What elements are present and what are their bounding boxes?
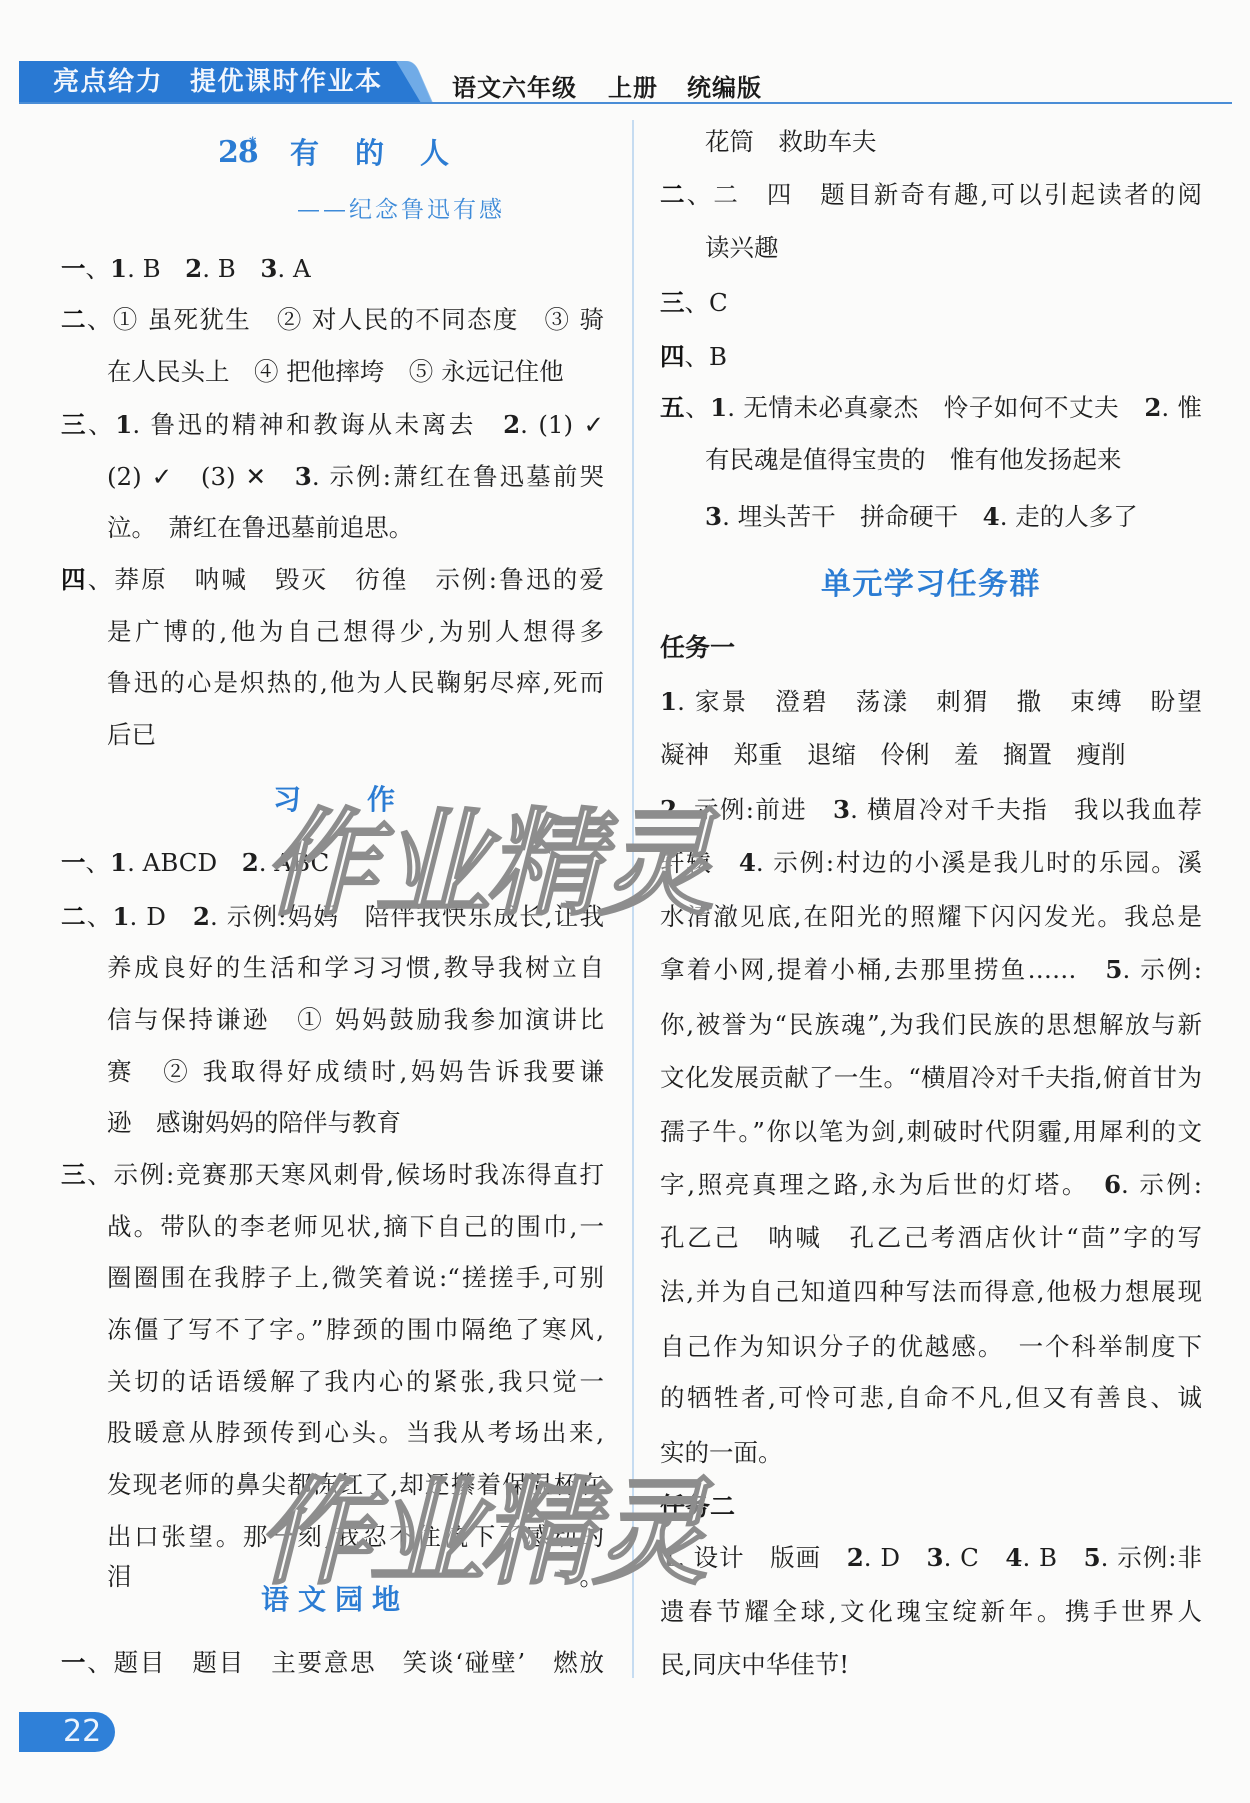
answer-text: . ABC (259, 848, 329, 877)
page-number: 22 (63, 1712, 101, 1752)
answer-text: 凝神 郑重 退缩 伶俐 羞 搁置 瘦削 (660, 740, 1126, 769)
answer-line: 赛 ② 我取得好成绩时,妈妈告诉我要谦 (107, 1052, 604, 1092)
item-number: 1 (660, 1543, 677, 1572)
answer-text: 、莽原 呐喊 毁灭 彷徨 示例:鲁迅的爱 (88, 565, 604, 594)
answer-text: 股暖意从脖颈传到心头。当我从考场出来, (107, 1418, 604, 1447)
section-marker: 一 (61, 848, 86, 877)
item-number: 1 (115, 410, 132, 439)
answer-text: 、C (685, 288, 728, 317)
answer-text: 自己作为知识分子的优越感。 一个科举制度下 (660, 1332, 1202, 1361)
answer-line: 法,并为自己知道四种写法而得意,他极力想展现 (660, 1272, 1202, 1312)
answer-text: 养成良好的生活和学习习惯,教导我树立自 (107, 953, 604, 982)
answer-text: . ABCD (127, 848, 242, 877)
answer-text: 、示例:竞赛那天寒风刺骨,候场时我冻得直打 (87, 1160, 604, 1189)
item-number: 4 (983, 502, 1000, 531)
answer-text: . 走的人多了 (1000, 502, 1138, 531)
answer-line: 遗春节耀全球,文化瑰宝绽新年。携手世界人 (660, 1592, 1202, 1632)
section-marker: 四 (660, 342, 685, 371)
answer-text: 你,被誉为“民族魂”,为我们民族的思想解放与新 (660, 1010, 1202, 1039)
section-marker: 五 (660, 393, 685, 422)
item-number: 6 (1104, 1170, 1121, 1199)
item-number: 3 (705, 502, 722, 531)
answer-text: 关切的话语缓解了我内心的紧张,我只觉一 (107, 1367, 604, 1396)
answer-line: 一、1. ABCD 2. ABC (61, 843, 604, 883)
answer-line: 水清澈见底,在阳光的照耀下闪闪发光。我总是 (660, 897, 1202, 937)
separator: 、 (87, 902, 113, 931)
task-heading: 任务二 (660, 1487, 735, 1527)
answer-text: 信与保持谦逊 ① 妈妈鼓励我参加演讲比 (107, 1005, 604, 1034)
answer-line: 泣。 萧红在鲁迅墓前追思。 (107, 508, 604, 548)
answer-text: 、B (685, 342, 728, 371)
heading-char: 地 (372, 1580, 400, 1620)
heading-char: 文 (298, 1580, 326, 1620)
section-marker: 四 (61, 565, 88, 594)
answer-text: . 埋头苦干 拼命硬干 (722, 502, 983, 531)
answer-text: . (1) ✓ (520, 410, 604, 439)
answer-line: 一、题目 题目 主要意思 笑谈‘碰壁’ 燃放 (61, 1643, 604, 1683)
answer-text: . B (202, 254, 260, 283)
answer-text: 孺子牛。”你以笔为剑,刺破时代阴霾,用犀利的文 (660, 1117, 1202, 1146)
item-number: 2 (242, 848, 259, 877)
item-number: 4 (1005, 1543, 1022, 1572)
answer-line: 养成良好的生活和学习习惯,教导我树立自 (107, 948, 604, 988)
answer-line: 逊 感谢妈妈的陪伴与教育 (107, 1103, 604, 1143)
answer-line: 实的一面。 (660, 1433, 1202, 1473)
answer-text: . 示例:非 (1101, 1543, 1202, 1572)
answer-line: 自己作为知识分子的优越感。 一个科举制度下 (660, 1327, 1202, 1367)
section-marker: 二 (660, 180, 687, 209)
answer-text: 后已 (107, 720, 156, 749)
answer-line: 凝神 郑重 退缩 伶俐 羞 搁置 瘦削 (660, 735, 1202, 775)
answer-text: 的牺牲者,可怜可悲,自命不凡,但又有善良、诚 (660, 1383, 1202, 1412)
answer-line: 二、① 虽死犹生 ② 对人民的不同态度 ③ 骑 (61, 300, 604, 340)
answer-line: 后已 (107, 715, 604, 755)
answer-text: 孔乙己 呐喊 孔乙己考酒店伙计“茴”字的写 (660, 1223, 1202, 1252)
answer-line: 是广博的,他为自己想得少,为别人想得多 (107, 612, 604, 652)
item-number: 5 (1084, 1543, 1101, 1572)
heading-char: 习 (273, 780, 301, 820)
answer-line: (2) ✓ (3) ✕ 3. 示例:萧红在鲁迅墓前哭 (107, 457, 604, 497)
answer-line: 发现老师的鼻尖都冻红了,却还攥着保温杯在 (107, 1465, 604, 1505)
answer-text: . 示例:前进 (677, 795, 833, 824)
answer-line: 2. 示例:前进 3. 横眉冷对千夫指 我以我血荐 (660, 790, 1202, 830)
separator: 、 (86, 848, 111, 877)
separator: 、 (685, 393, 710, 422)
answer-text: (2) ✓ (3) ✕ (107, 462, 295, 491)
answer-text: 字,照亮真理之路,永为后世的灯塔。 (660, 1170, 1104, 1199)
answer-text: 遗春节耀全球,文化瑰宝绽新年。携手世界人 (660, 1597, 1202, 1626)
item-number: 1 (112, 902, 129, 931)
answer-text: 、二 四 题目新奇有趣,可以引起读者的阅 (687, 180, 1202, 209)
answer-text: 泣。 萧红在鲁迅墓前追思。 (107, 513, 413, 542)
answer-text: 逊 感谢妈妈的陪伴与教育 (107, 1108, 401, 1137)
series-name: 提优课时作业本 (190, 63, 383, 101)
answer-line: 四、莽原 呐喊 毁灭 彷徨 示例:鲁迅的爱 (61, 560, 604, 600)
lesson-title-char: 人 (420, 133, 449, 173)
item-number: 3 (927, 1543, 944, 1572)
answer-line: 字,照亮真理之路,永为后世的灯塔。 6. 示例: (660, 1165, 1202, 1205)
edition-label: 统编版 (687, 69, 762, 107)
item-number: 2 (660, 795, 677, 824)
answer-line: 三、示例:竞赛那天寒风刺骨,候场时我冻得直打 (61, 1155, 604, 1195)
answer-text: . 家景 澄碧 荡漾 刺猬 撒 束缚 盼望 (677, 687, 1202, 716)
answer-line: 信与保持谦逊 ① 妈妈鼓励我参加演讲比 (107, 1000, 604, 1040)
answer-text: . 示例:萧红在鲁迅墓前哭 (312, 462, 604, 491)
answer-text: 法,并为自己知道四种写法而得意,他极力想展现 (660, 1277, 1202, 1306)
answer-line: 读兴趣 (705, 228, 1202, 268)
answer-line: 在人民头上 ④ 把他摔垮 ⑤ 永远记住他 (107, 352, 604, 392)
answer-line: 二、1. D 2. 示例:妈妈 陪伴我快乐成长,让我 (61, 897, 604, 937)
answer-line: 出口张望。那一刻,我忍不住流下了感动的泪。 (107, 1517, 604, 1557)
section-heading-writing: 习作 (273, 780, 395, 820)
answer-line: 孺子牛。”你以笔为剑,刺破时代阴霾,用犀利的文 (660, 1112, 1202, 1152)
answer-line: 四、B (660, 337, 1202, 377)
item-number: 2 (847, 1543, 864, 1572)
page-number-badge: 22 (19, 1712, 115, 1752)
answer-line: 拿着小网,提着小桶,去那里捞鱼…… 5. 示例: (660, 950, 1202, 990)
answer-line: 冻僵了写不了字。”脖颈的围巾隔绝了寒风, (107, 1310, 604, 1350)
lesson-mark: * (249, 133, 256, 153)
answer-line: 关切的话语缓解了我内心的紧张,我只觉一 (107, 1362, 604, 1402)
answer-line: 花筒 救助车夫 (705, 122, 1202, 162)
answer-text: 鲁迅的心是炽热的,他为人民鞠躬尽瘁,死而 (107, 668, 604, 697)
answer-text: 民,同庆中华佳节! (660, 1650, 849, 1679)
item-number: 1 (110, 254, 127, 283)
section-marker: 二 (61, 305, 87, 334)
separator: 、 (86, 254, 111, 283)
answer-line: 1. 家景 澄碧 荡漾 刺猬 撒 束缚 盼望 (660, 682, 1202, 722)
section-marker: 一 (61, 1648, 87, 1677)
answer-line: 鲁迅的心是炽热的,他为人民鞠躬尽瘁,死而 (107, 663, 604, 703)
answer-text: . D (130, 902, 193, 931)
volume-label: 上册 (608, 69, 658, 107)
separator: 、 (88, 410, 115, 439)
answer-text: 花筒 救助车夫 (705, 127, 877, 156)
answer-text: . 示例: (1122, 955, 1202, 984)
lesson-title-char: 的 (355, 133, 384, 173)
answer-text: 在人民头上 ④ 把他摔垮 ⑤ 永远记住他 (107, 357, 564, 386)
task-heading: 任务一 (660, 628, 735, 668)
item-number: 1 (710, 393, 727, 422)
answer-text: 水清澈见底,在阳光的照耀下闪闪发光。我总是 (660, 902, 1202, 931)
answer-text: 发现老师的鼻尖都冻红了,却还攥着保温杯在 (107, 1470, 604, 1499)
answer-text: 圈圈围在我脖子上,微笑着说:“搓搓手,可别 (107, 1263, 604, 1292)
answer-text: . 设计 版画 (677, 1543, 847, 1572)
answer-text: 文化发展贡献了一生。“横眉冷对千夫指,俯首甘为 (660, 1063, 1202, 1092)
answer-line: 文化发展贡献了一生。“横眉冷对千夫指,俯首甘为 (660, 1058, 1202, 1098)
answer-text: . B (127, 254, 185, 283)
answer-line: 3. 埋头苦干 拼命硬干 4. 走的人多了 (705, 497, 1202, 537)
answer-line: 1. 设计 版画 2. D 3. C 4. B 5. 示例:非 (660, 1538, 1202, 1578)
item-number: 3 (833, 795, 850, 824)
answer-text: 轩辕 (660, 848, 739, 877)
answer-text: . 无情未必真豪杰 怜子如何不丈夫 (727, 393, 1144, 422)
item-number: 3 (295, 462, 312, 491)
item-number: 3 (260, 254, 277, 283)
lesson-subtitle: ——纪念鲁迅有感 (297, 190, 505, 230)
item-number: 4 (739, 848, 756, 877)
answer-text: . 惟 (1161, 393, 1202, 422)
answer-line: 三、C (660, 283, 1202, 323)
answer-text: . 示例:妈妈 陪伴我快乐成长,让我 (210, 902, 604, 931)
item-number: 5 (1105, 955, 1122, 984)
answer-line: 有民魂是值得宝贵的 惟有他发扬起来 (705, 440, 1202, 480)
item-number: 2 (503, 410, 520, 439)
answer-line: 轩辕 4. 示例:村边的小溪是我儿时的乐园。溪 (660, 843, 1202, 883)
answer-text: . 示例:村边的小溪是我儿时的乐园。溪 (756, 848, 1202, 877)
answer-line: 三、1. 鲁迅的精神和教诲从未离去 2. (1) ✓ (61, 405, 604, 445)
section-marker: 三 (61, 410, 88, 439)
answer-line: 二、二 四 题目新奇有趣,可以引起读者的阅 (660, 175, 1202, 215)
answer-text: 、① 虽死犹生 ② 对人民的不同态度 ③ 骑 (87, 305, 604, 334)
item-number: 1 (660, 687, 677, 716)
section-marker: 三 (660, 288, 685, 317)
answer-text: 战。带队的李老师见状,摘下自己的围巾,一 (107, 1212, 604, 1241)
heading-char: 园 (335, 1580, 363, 1620)
answer-line: 民,同庆中华佳节! (660, 1645, 1202, 1685)
answer-line: 一、1. B 2. B 3. A (61, 249, 604, 289)
item-number: 2 (185, 254, 202, 283)
answer-text: . D (864, 1543, 927, 1572)
answer-text: . 横眉冷对千夫指 我以我血荐 (850, 795, 1202, 824)
answer-line: 的牺牲者,可怜可悲,自命不凡,但又有善良、诚 (660, 1378, 1202, 1418)
lesson-title-char: 有 (290, 133, 319, 173)
answer-text: 冻僵了写不了字。”脖颈的围巾隔绝了寒风, (107, 1315, 604, 1344)
answer-text: . A (277, 254, 310, 283)
section-marker: 三 (61, 1160, 87, 1189)
heading-char: 语 (261, 1580, 289, 1620)
answer-text: 是广博的,他为自己想得少,为别人想得多 (107, 617, 604, 646)
answer-text: 、题目 题目 主要意思 笑谈‘碰壁’ 燃放 (87, 1648, 604, 1677)
answer-text: 拿着小网,提着小桶,去那里捞鱼…… (660, 955, 1105, 984)
answer-line: 战。带队的李老师见状,摘下自己的围巾,一 (107, 1207, 604, 1247)
item-number: 1 (110, 848, 127, 877)
answer-line: 五、1. 无情未必真豪杰 怜子如何不丈夫 2. 惟 (660, 388, 1202, 428)
answer-text: . C (944, 1543, 1006, 1572)
answer-line: 你,被誉为“民族魂”,为我们民族的思想解放与新 (660, 1005, 1202, 1045)
answer-line: 圈圈围在我脖子上,微笑着说:“搓搓手,可别 (107, 1258, 604, 1298)
section-heading-unit-tasks: 单元学习任务群 (821, 565, 1041, 605)
answer-text: . 鲁迅的精神和教诲从未离去 (132, 410, 503, 439)
heading-char: 作 (367, 780, 395, 820)
section-marker: 二 (61, 902, 87, 931)
answer-line: 孔乙己 呐喊 孔乙己考酒店伙计“茴”字的写 (660, 1218, 1202, 1258)
item-number: 2 (1144, 393, 1161, 422)
item-number: 2 (193, 902, 210, 931)
column-divider (632, 120, 634, 1678)
answer-text: 读兴趣 (705, 233, 779, 262)
answer-text: . 示例: (1121, 1170, 1202, 1199)
brand-name: 亮点给力 (53, 63, 163, 101)
section-heading-chinese-garden: 语文园地 (261, 1580, 400, 1620)
subject-label: 语文六年级 (452, 69, 577, 107)
answer-text: 有民魂是值得宝贵的 惟有他发扬起来 (705, 445, 1122, 474)
answer-text: . B (1022, 1543, 1083, 1572)
answer-line: 股暖意从脖颈传到心头。当我从考场出来, (107, 1413, 604, 1453)
answer-text: 实的一面。 (660, 1438, 783, 1467)
section-marker: 一 (61, 254, 86, 283)
answer-text: 赛 ② 我取得好成绩时,妈妈告诉我要谦 (107, 1057, 604, 1086)
